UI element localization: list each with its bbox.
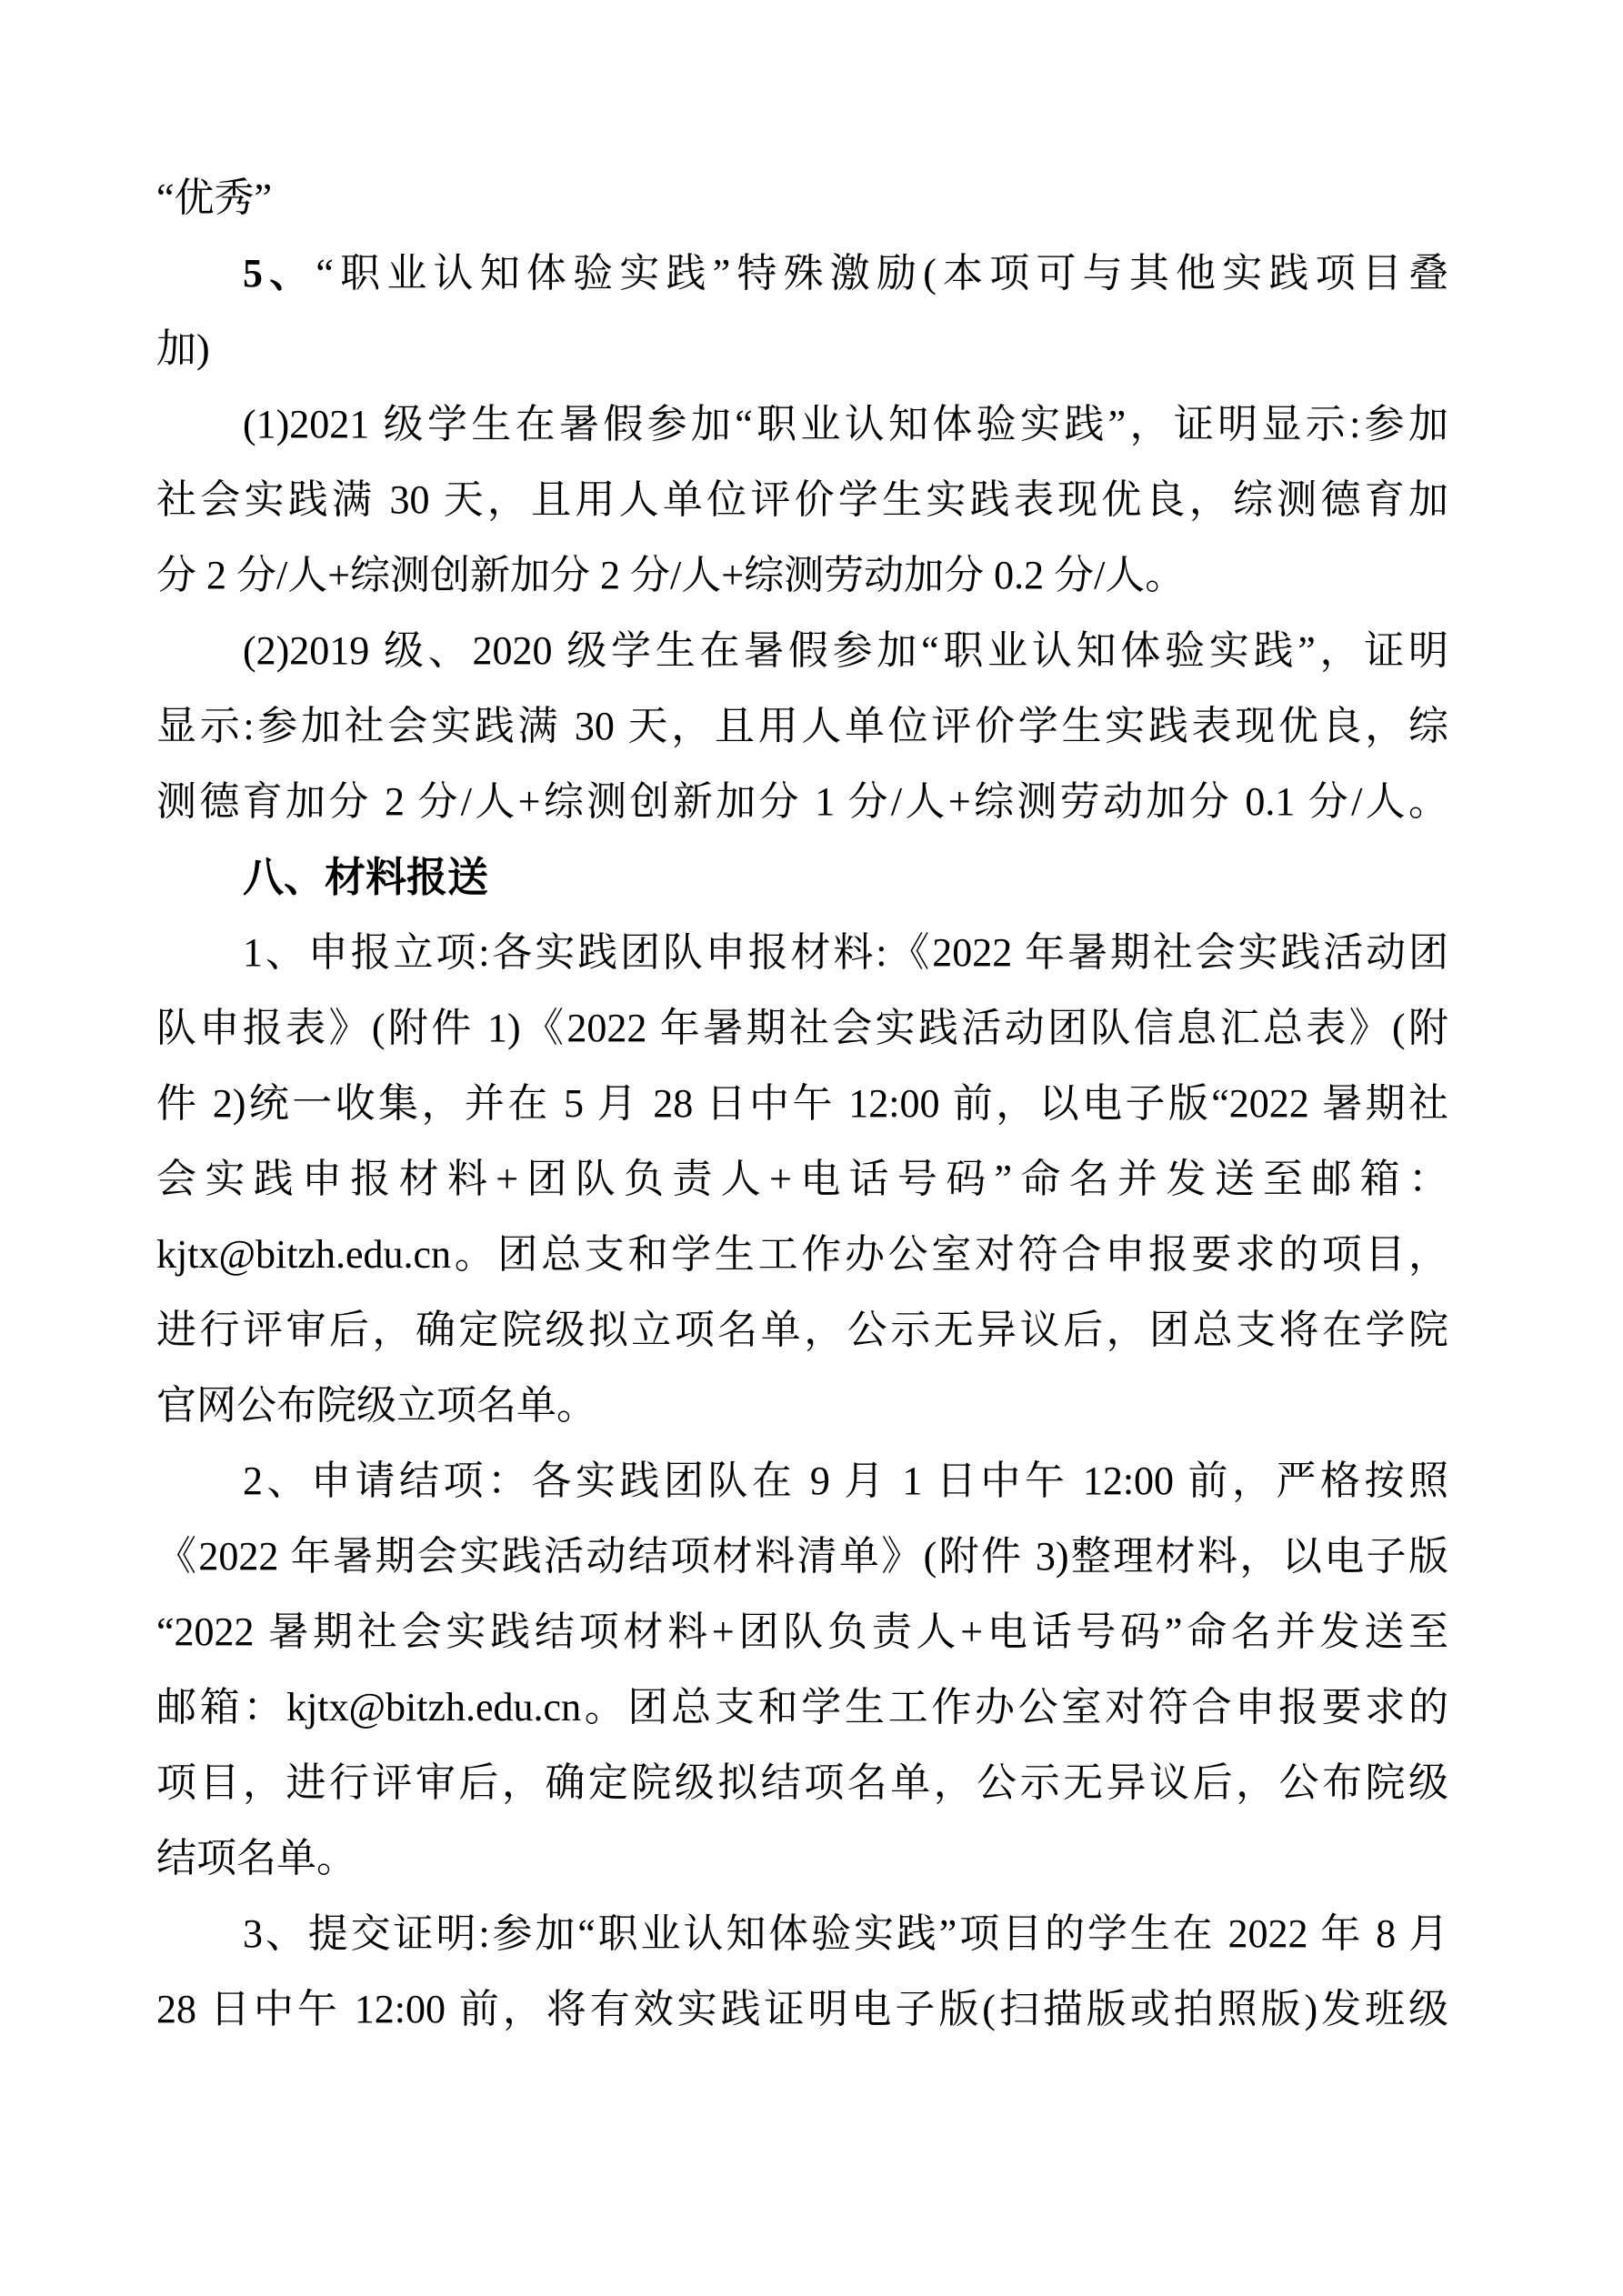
doc-line: “优秀”: [156, 160, 1448, 236]
doc-line: 分 2 分/人+综测创新加分 2 分/人+综测劳动加分 0.2 分/人。: [156, 537, 1448, 613]
doc-line: 进行评审后，确定院级拟立项名单，公示无异议后，团总支将在学院: [156, 1292, 1448, 1368]
doc-line: 2、申请结项：各实践团队在 9 月 1 日中午 12:00 前，严格按照: [156, 1443, 1448, 1519]
doc-line: 3、提交证明:参加“职业认知体验实践”项目的学生在 2022 年 8 月: [156, 1896, 1448, 1971]
doc-line: (2)2019 级、2020 级学生在暑假参加“职业认知体验实践”，证明: [156, 613, 1448, 688]
doc-line: 项目，进行评审后，确定院级拟结项名单，公示无异议后，公布院级: [156, 1745, 1448, 1820]
doc-line: 显示:参加社会实践满 30 天，且用人单位评价学生实践表现优良，综: [156, 688, 1448, 764]
doc-line: 队申报表》(附件 1)《2022 年暑期社会实践活动团队信息汇总表》(附: [156, 990, 1448, 1066]
doc-line-email: kjtx@bitzh.edu.cn。团总支和学生工作办公室对符合申报要求的项目，: [156, 1217, 1448, 1292]
doc-line-text: “职业认知体验实践”特殊激励(本项可与其他实践项目叠: [316, 251, 1448, 296]
doc-line: 会实践申报材料+团队负责人+电话号码”命名并发送至邮箱：: [156, 1141, 1448, 1217]
doc-line: 件 2)统一收集，并在 5 月 28 日中午 12:00 前，以电子版“2022…: [156, 1066, 1448, 1141]
doc-line: 结项名单。: [156, 1820, 1448, 1896]
doc-line: “2022 暑期社会实践结项材料+团队负责人+电话号码”命名并发送至: [156, 1594, 1448, 1669]
doc-line: 社会实践满 30 天，且用人单位评价学生实践表现优良，综测德育加: [156, 462, 1448, 537]
doc-line-item-5: 5、“职业认知体验实践”特殊激励(本项可与其他实践项目叠: [156, 236, 1448, 311]
doc-line: 官网公布院级立项名单。: [156, 1368, 1448, 1443]
doc-line: (1)2021 级学生在暑假参加“职业认知体验实践”，证明显示:参加: [156, 386, 1448, 462]
doc-line: 测德育加分 2 分/人+综测创新加分 1 分/人+综测劳动加分 0.1 分/人。: [156, 764, 1448, 839]
list-number: 5、: [243, 251, 316, 296]
doc-line: 加): [156, 311, 1448, 386]
doc-line-email: 邮箱：kjtx@bitzh.edu.cn。团总支和学生工作办公室对符合申报要求的: [156, 1669, 1448, 1745]
doc-line: 1、申报立项:各实践团队申报材料:《2022 年暑期社会实践活动团: [156, 915, 1448, 990]
doc-line: 28 日中午 12:00 前，将有效实践证明电子版(扫描版或拍照版)发班级: [156, 1971, 1448, 2047]
section-heading: 八、材料报送: [156, 839, 1448, 915]
document-page: “优秀” 5、“职业认知体验实践”特殊激励(本项可与其他实践项目叠 加) (1)…: [0, 0, 1623, 2296]
document-body: “优秀” 5、“职业认知体验实践”特殊激励(本项可与其他实践项目叠 加) (1)…: [156, 160, 1448, 2047]
doc-line: 《2022 年暑期会实践活动结项材料清单》(附件 3)整理材料，以电子版: [156, 1519, 1448, 1594]
